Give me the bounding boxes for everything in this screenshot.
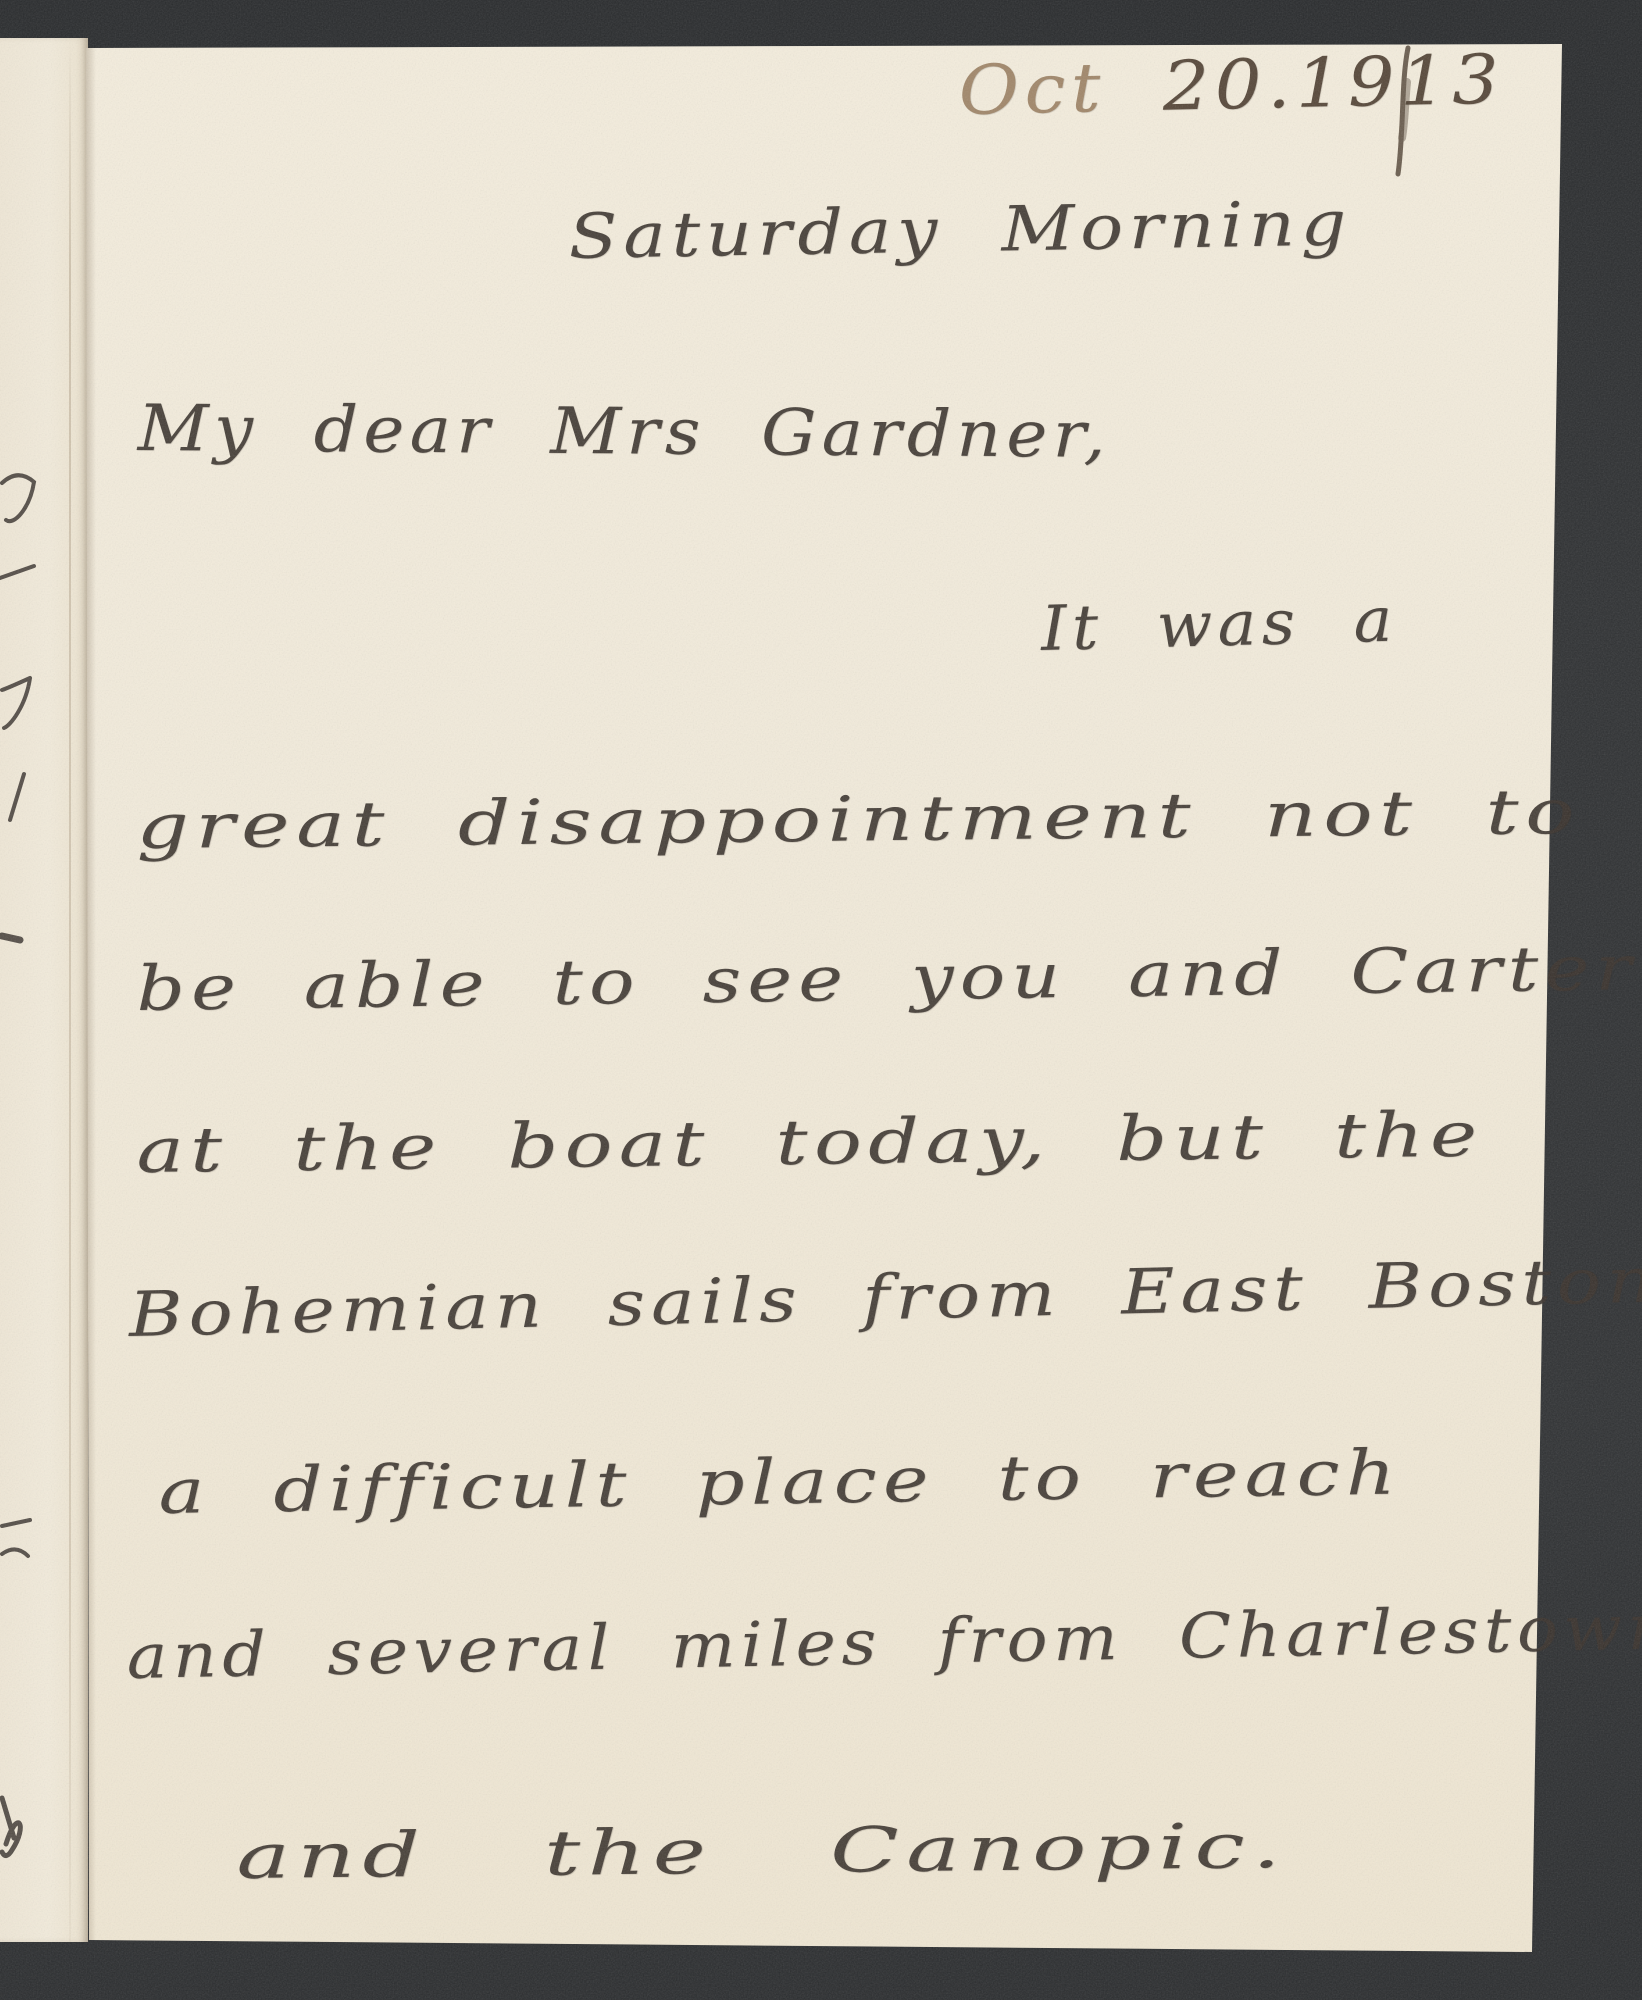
adjacent-page-edge: [0, 38, 88, 1942]
letter-line: and the Canopic.: [236, 1809, 1288, 1893]
date-month: Oct: [958, 49, 1107, 131]
salutation: My dear Mrs Gardner,: [137, 392, 1111, 473]
date-year: 20.1913: [1162, 41, 1505, 127]
letter-scan: Oct 20.1913 Saturday Morning My dear Mrs…: [0, 0, 1642, 2000]
letter-line: great disappointment not to: [136, 775, 1581, 863]
ink-stroke-fragments: [0, 38, 88, 1942]
letter-line: It was a: [1040, 583, 1398, 665]
dateline: Saturday Morning: [568, 186, 1352, 273]
ink-blot: [1386, 42, 1426, 182]
